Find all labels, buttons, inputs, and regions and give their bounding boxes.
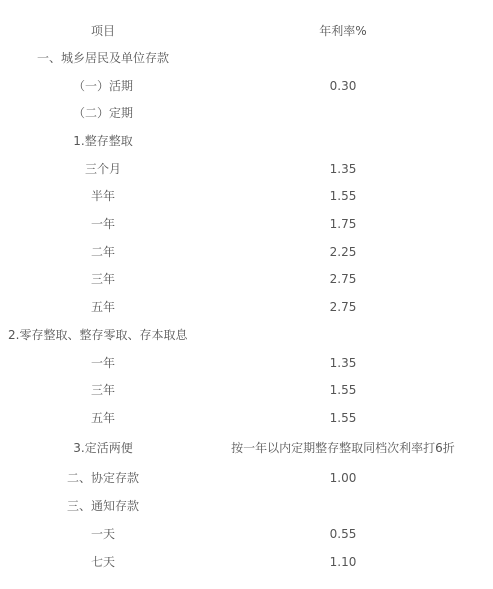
row-rate: 1.35 <box>223 159 463 179</box>
row-item: 3.定活两便 <box>43 438 163 458</box>
table-row: 1.整存整取 <box>0 131 493 151</box>
row-rate: 1.00 <box>223 468 463 488</box>
row-rate: 2.25 <box>223 242 463 262</box>
row-rate: 2.75 <box>223 269 463 289</box>
header-rate: 年利率% <box>223 21 463 41</box>
table-row: 一天 0.55 <box>0 524 493 544</box>
row-item: 三个月 <box>43 159 163 179</box>
row-rate: 0.55 <box>223 524 463 544</box>
row-item: 五年 <box>43 408 163 428</box>
row-item: （一）活期 <box>43 76 163 96</box>
row-item: 一天 <box>43 524 163 544</box>
row-rate: 1.55 <box>223 408 463 428</box>
table-row: 三个月 1.35 <box>0 159 493 179</box>
row-rate: 1.35 <box>223 353 463 373</box>
row-item: 1.整存整取 <box>43 131 163 151</box>
row-item: 三年 <box>43 269 163 289</box>
row-item: 三、通知存款 <box>43 496 163 516</box>
table-row: 七天 1.10 <box>0 552 493 572</box>
table-header: 项目 年利率% <box>0 21 493 41</box>
header-item: 项目 <box>43 21 163 41</box>
row-item: 半年 <box>43 186 163 206</box>
row-item: 2.零存整取、整存零取、存本取息 <box>8 325 203 345</box>
table-row: 二、协定存款 1.00 <box>0 468 493 488</box>
row-rate: 1.10 <box>223 552 463 572</box>
table-row: 3.定活两便 按一年以内定期整存整取同档次利率打6折 <box>0 438 493 458</box>
table-row: 五年 2.75 <box>0 297 493 317</box>
table-row: （一）活期 0.30 <box>0 76 493 96</box>
row-item: 一年 <box>43 214 163 234</box>
table-row: 三、通知存款 <box>0 496 493 516</box>
table-row: 二年 2.25 <box>0 242 493 262</box>
table-row: 一年 1.75 <box>0 214 493 234</box>
row-rate: 1.55 <box>223 380 463 400</box>
row-item: 一、城乡居民及单位存款 <box>33 48 173 68</box>
row-rate: 1.75 <box>223 214 463 234</box>
table-row: 2.零存整取、整存零取、存本取息 <box>0 325 493 345</box>
row-item: 三年 <box>43 380 163 400</box>
table-row: 五年 1.55 <box>0 408 493 428</box>
table-row: 三年 1.55 <box>0 380 493 400</box>
row-rate: 1.55 <box>223 186 463 206</box>
table-row: 一年 1.35 <box>0 353 493 373</box>
row-item: 二年 <box>43 242 163 262</box>
table-row: （二）定期 <box>0 103 493 123</box>
row-item: （二）定期 <box>43 103 163 123</box>
row-item: 七天 <box>43 552 163 572</box>
row-rate: 0.30 <box>223 76 463 96</box>
row-item: 五年 <box>43 297 163 317</box>
row-rate: 2.75 <box>223 297 463 317</box>
table-row: 半年 1.55 <box>0 186 493 206</box>
row-item: 二、协定存款 <box>43 468 163 488</box>
table-row: 一、城乡居民及单位存款 <box>0 48 493 68</box>
row-rate: 按一年以内定期整存整取同档次利率打6折 <box>223 438 463 458</box>
row-item: 一年 <box>43 353 163 373</box>
table-row: 三年 2.75 <box>0 269 493 289</box>
